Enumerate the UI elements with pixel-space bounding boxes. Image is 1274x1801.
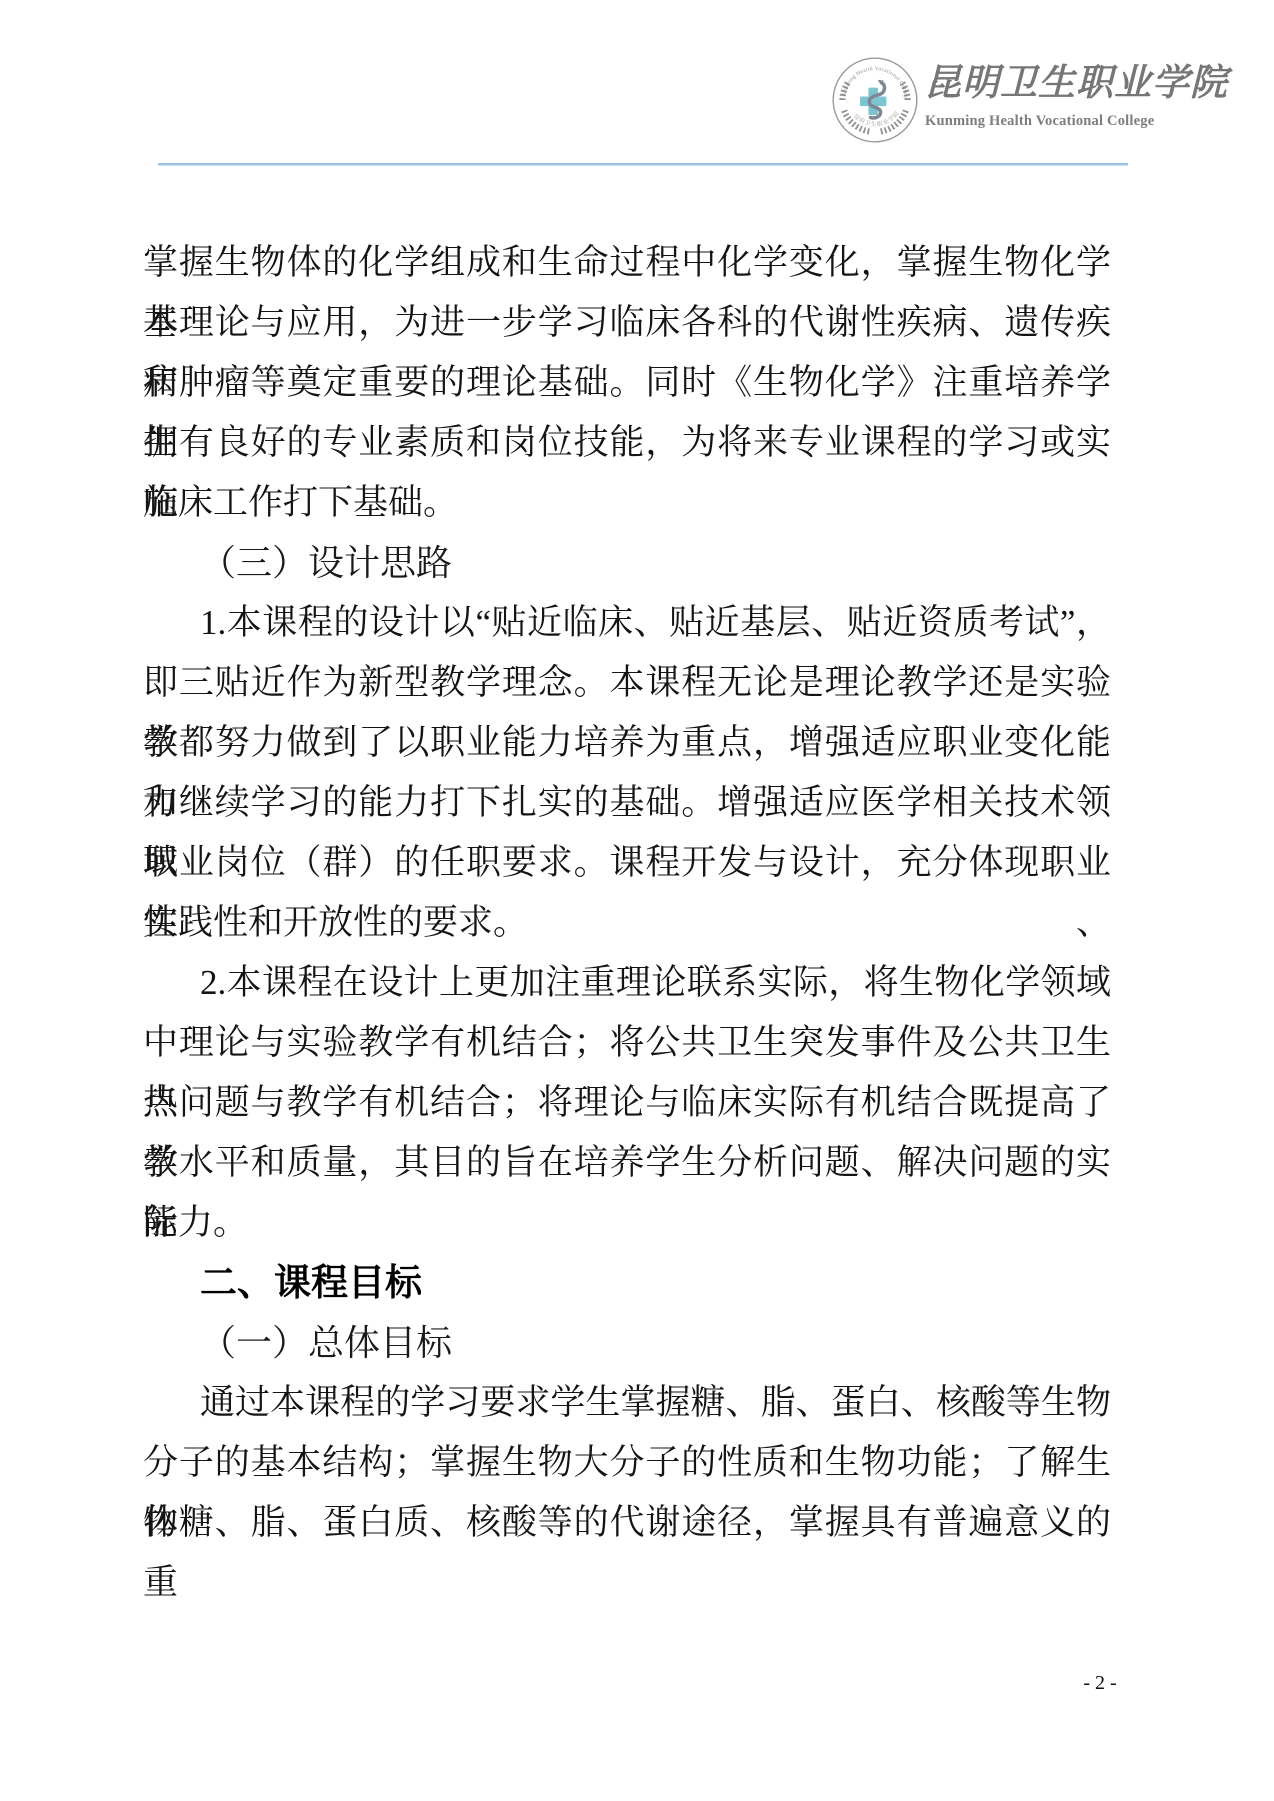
paragraph-line: 分子的基本结构；掌握生物大分子的性质和生物功能；了解生物 — [143, 1433, 1111, 1493]
paragraph-line: 本理论与应用，为进一步学习临床各科的代谢性疾病、遗传疾病 — [143, 293, 1111, 353]
paragraph-line: 临床工作打下基础。 — [143, 473, 1111, 533]
document-body: 掌握生物体的化学组成和生命过程中化学变化，掌握生物化学基 本理论与应用，为进一步… — [143, 233, 1111, 1553]
page-header: Kunming Health Vocational College 昆明卫生职业… — [0, 0, 1274, 200]
paragraph-line: 和肿瘤等奠定重要的理论基础。同时《生物化学》注重培养学生 — [143, 353, 1111, 413]
paragraph-line: 点问题与教学有机结合；将理论与临床实际有机结合既提高了教 — [143, 1073, 1111, 1133]
paragraph-line: 1.本课程的设计以“贴近临床、贴近基层、贴近资质考试”， — [143, 593, 1111, 653]
paragraph-line: 能力。 — [143, 1193, 1111, 1253]
paragraph-line: 体糖、脂、蛋白质、核酸等的代谢途径，掌握具有普遍意义的重 — [143, 1493, 1111, 1553]
document-page: Kunming Health Vocational College 昆明卫生职业… — [0, 0, 1274, 1801]
paragraph-line: 拥有良好的专业素质和岗位技能，为将来专业课程的学习或实施 — [143, 413, 1111, 473]
heading-section-3-design: （三）设计思路 — [143, 533, 1111, 593]
college-seal-logo: Kunming Health Vocational College 昆明卫生职业… — [831, 56, 919, 144]
heading-subsection-1-overall-goal: （一）总体目标 — [143, 1313, 1111, 1373]
paragraph-line: 学都努力做到了以职业能力培养为重点，增强适应职业变化能力 — [143, 713, 1111, 773]
paragraph-line: 中理论与实验教学有机结合；将公共卫生突发事件及公共卫生热 — [143, 1013, 1111, 1073]
header-divider-line — [158, 163, 1128, 166]
paragraph-line: 通过本课程的学习要求学生掌握糖、脂、蛋白、核酸等生物 — [143, 1373, 1111, 1433]
paragraph-line: 即三贴近作为新型教学理念。本课程无论是理论教学还是实验教 — [143, 653, 1111, 713]
paragraph-line: 掌握生物体的化学组成和生命过程中化学变化，掌握生物化学基 — [143, 233, 1111, 293]
paragraph-line: 和继续学习的能力打下扎实的基础。增强适应医学相关技术领域 — [143, 773, 1111, 833]
college-name-english: Kunming Health Vocational College — [925, 111, 1155, 131]
paragraph-line: 职业岗位（群）的任职要求。课程开发与设计，充分体现职业性、 — [143, 833, 1111, 893]
paragraph-line: 2.本课程在设计上更加注重理论联系实际，将生物化学领域 — [143, 953, 1111, 1013]
seal-icon: Kunming Health Vocational College 昆明卫生职业… — [831, 56, 919, 144]
page-number: - 2 - — [1020, 1668, 1180, 1698]
heading-chapter-2-course-goals: 二、课程目标 — [143, 1253, 1111, 1313]
college-name-calligraphy: 昆明卫生职业学院 — [924, 60, 1144, 108]
paragraph-line: 学水平和质量，其目的旨在培养学生分析问题、解决问题的实际 — [143, 1133, 1111, 1193]
